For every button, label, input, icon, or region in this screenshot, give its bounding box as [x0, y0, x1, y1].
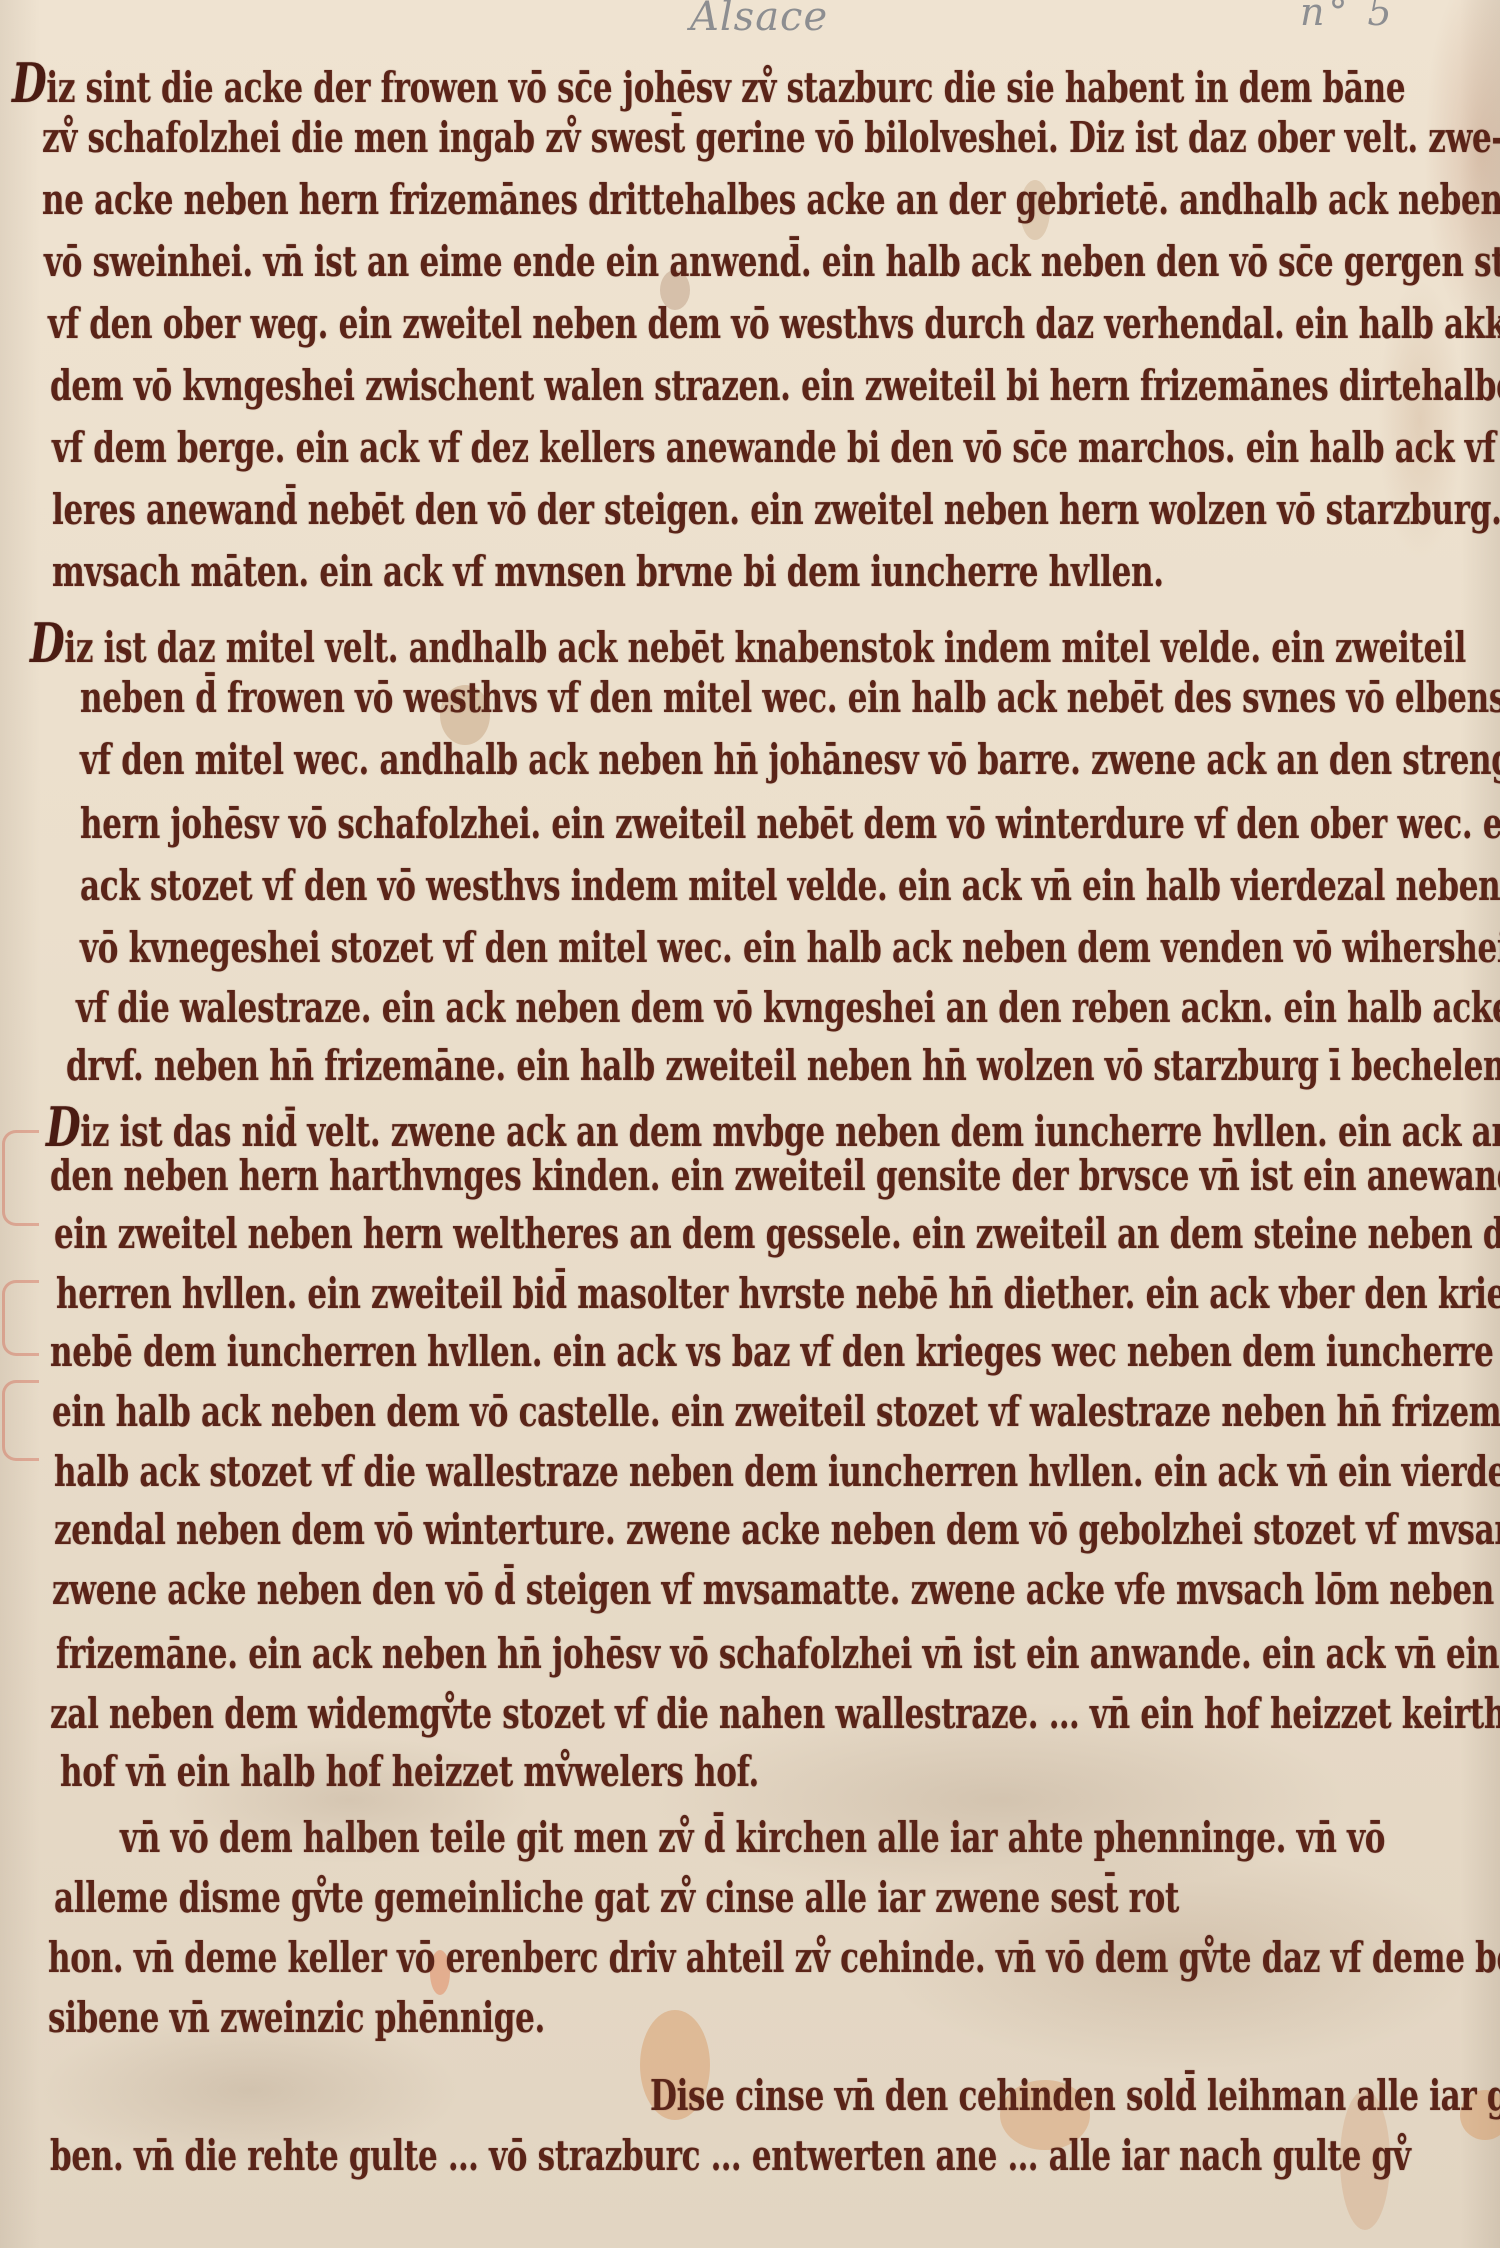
text-line: hof vn̄ ein halb hof heizzet mv̊welers h… — [60, 1748, 759, 1797]
rubric-margin-marks — [0, 1130, 40, 1490]
pencil-region-note: Alsace — [690, 0, 828, 40]
decorated-initial: D — [12, 52, 46, 115]
text-line: dem vō kvngeshei zwischent walen strazen… — [50, 362, 1500, 411]
text-line: vf dem berge. ein ack vf dez kellers ane… — [52, 424, 1500, 473]
text-line: zv̊ schafolzhei die men ingab zv̊ swest̄… — [42, 114, 1500, 163]
text-line: neben d̄ frowen vō westhvs vf den mitel … — [80, 674, 1500, 723]
text-line: zwene acke neben den vō d̄ steigen vf mv… — [52, 1566, 1500, 1615]
text-line: Diz ist daz mitel velt. andhalb ack nebē… — [30, 612, 1466, 675]
text-line: Diz ist das nid̄ velt. zwene ack an dem … — [46, 1096, 1500, 1159]
text-line: vf den ober weg. ein zweitel neben dem v… — [48, 300, 1500, 349]
text-line: ein halb ack neben dem vō castelle. ein … — [52, 1388, 1500, 1437]
text-line: hon. vn̄ deme keller vō erenberc driv ah… — [48, 1934, 1500, 1983]
text-line: vn̄ vō dem halben teile git men zv̊ d̄ k… — [120, 1814, 1385, 1863]
text-line: ack stozet vf den vō westhvs indem mitel… — [80, 862, 1500, 911]
text-line: zal neben dem widemgv̊te stozet vf die n… — [50, 1690, 1500, 1739]
text-line: sibene vn̄ zweinzic phēnnige. — [48, 1994, 545, 2043]
text-line: frizemāne. ein ack neben hn̄ johēsv vō s… — [56, 1630, 1500, 1679]
text-line: vō kvnegeshei stozet vf den mitel wec. e… — [80, 924, 1500, 973]
decorated-initial: D — [30, 612, 64, 675]
text-line: hern johēsv vō schafolzhei. ein zweiteil… — [80, 800, 1500, 849]
text-line: halb ack stozet vf die wallestraze neben… — [54, 1448, 1500, 1497]
decorated-initial: D — [46, 1096, 80, 1159]
text-line: ein zweitel neben hern weltheres an dem … — [54, 1210, 1500, 1259]
manuscript-page: Alsace n° 5 Diz sint die acke der frowen… — [0, 0, 1500, 2248]
text-line: den neben hern harthvnges kinden. ein zw… — [50, 1152, 1500, 1201]
text-line: drvf. neben hn̄ frizemāne. ein halb zwei… — [66, 1042, 1500, 1091]
text-line: Diz sint die acke der frowen vō sc̄e joh… — [12, 52, 1405, 115]
text-line: ben. vn̄ die rehte gulte … vō strazburc … — [50, 2132, 1411, 2181]
text-line: vf den mitel wec. andhalb ack neben hn̄ … — [80, 736, 1500, 785]
text-line: alleme disme gv̊te gemeinliche gat zv̊ c… — [54, 1874, 1179, 1923]
text-line: nebē dem iuncherren hvllen. ein ack vs b… — [50, 1328, 1500, 1377]
text-line: zendal neben dem vō winterture. zwene ac… — [54, 1506, 1500, 1555]
text-line: Dise cinse vn̄ den cehinden sold̄ leihma… — [650, 2072, 1500, 2121]
text-line: leres anewand̄ nebēt den vō der steigen.… — [52, 486, 1500, 535]
text-line: herren hvllen. ein zweiteil bid̄ masolte… — [56, 1270, 1500, 1319]
text-line: vf die walestraze. ein ack neben dem vō … — [76, 984, 1500, 1033]
pencil-shelfmark: n° 5 — [1300, 0, 1396, 34]
text-line: vō sweinhei. vn̄ ist an eime ende ein an… — [44, 238, 1500, 287]
text-line: ne acke neben hern frizemānes drittehalb… — [42, 176, 1500, 225]
text-line: mvsach māten. ein ack vf mvnsen brvne bi… — [52, 548, 1164, 597]
